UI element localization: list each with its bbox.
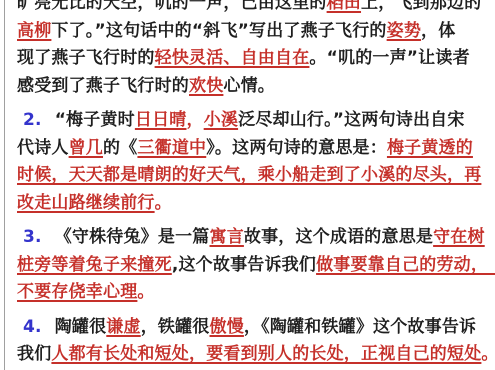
answer-text: 人都有长处和短处，要看到别人的长处，正视自己的短处 bbox=[51, 344, 481, 364]
answer-text: 桩旁等着兔子来撞死 bbox=[17, 255, 172, 275]
text-run: ,这个故事告诉我们 bbox=[172, 255, 316, 275]
answer-punctuation: 。 bbox=[137, 282, 154, 302]
question-number: 2. bbox=[23, 110, 42, 130]
text-run: ，铁罐很 bbox=[141, 317, 210, 337]
text-line: 不要存侥幸心理。 bbox=[17, 279, 487, 307]
text-line: 现了燕子飞行时的轻快灵活、自由自在。“叽的一声”让读者 bbox=[17, 45, 487, 73]
answer-punctuation: ， bbox=[186, 110, 203, 130]
text-run: 上，飞到那边的 bbox=[361, 0, 481, 13]
text-run: 代诗人 bbox=[17, 138, 69, 158]
answer-text: 高柳 bbox=[17, 21, 51, 41]
answer-text: 日日晴 bbox=[135, 110, 187, 130]
text-run: 感受到了燕子飞行时的 bbox=[17, 76, 189, 96]
text-run: 心情。 bbox=[223, 76, 275, 96]
text-run: 泛尽却山行。”这两句诗出自宋 bbox=[238, 110, 464, 130]
text-line: 桩旁等着兔子来撞死,这个故事告诉我们做事要靠自己的劳动， bbox=[17, 252, 487, 280]
answer-text: 时候，天天都是晴朗的好天气，乘小船走到了小溪的尽头，再 bbox=[17, 165, 481, 185]
answer-text: 小溪 bbox=[204, 110, 238, 130]
left-margin-line bbox=[4, 0, 5, 370]
paragraph-2-poem: 2.“梅子黄时日日晴，小溪泛尽却山行。”这两句诗出自宋代诗人曾几的《三衢道中》。… bbox=[17, 107, 487, 217]
question-number: 4. bbox=[23, 317, 42, 337]
text-line: 旷亮无比的天空，叽的一声，已由这里的稻田上，飞到那边的 bbox=[17, 0, 487, 18]
question-number: 3. bbox=[23, 227, 42, 247]
answer-text: 做事要靠自己的劳动， bbox=[316, 255, 495, 275]
text-run: 的《 bbox=[103, 138, 137, 158]
answer-text: 谦虚 bbox=[106, 317, 140, 337]
text-line: 2.“梅子黄时日日晴，小溪泛尽却山行。”这两句诗出自宋 bbox=[17, 107, 487, 135]
text-line: 我们人都有长处和短处，要看到别人的长处，正视自己的短处。 bbox=[17, 341, 487, 369]
text-line: 代诗人曾几的《三衢道中》。这两句诗的意思是：梅子黄透的 bbox=[17, 135, 487, 163]
text-line: 3.《守株待兔》是一篇寓言故事，这个成语的意思是守在树 bbox=[17, 224, 487, 252]
document-page: 旷亮无比的天空，叽的一声，已由这里的稻田上，飞到那边的高柳下了。”这句话中的“斜… bbox=[0, 0, 495, 370]
answer-text: 轻快灵活、自由自在 bbox=[155, 48, 310, 68]
paragraph-3-shouzhudaitu: 3.《守株待兔》是一篇寓言故事，这个成语的意思是守在树桩旁等着兔子来撞死,这个故… bbox=[17, 224, 487, 307]
text-run: 故事，这个成语的意思是 bbox=[244, 227, 433, 247]
text-run: 》。这两句诗的意思是： bbox=[206, 138, 387, 158]
text-run: “梅子黄时 bbox=[55, 110, 135, 130]
answer-punctuation: 。 bbox=[155, 193, 172, 213]
document-content: 旷亮无比的天空，叽的一声，已由这里的稻田上，飞到那边的高柳下了。”这句话中的“斜… bbox=[17, 0, 487, 370]
text-run: 我们 bbox=[17, 344, 51, 364]
paragraph-1-swallow: 旷亮无比的天空，叽的一声，已由这里的稻田上，飞到那边的高柳下了。”这句话中的“斜… bbox=[17, 0, 487, 100]
text-run: 现了燕子飞行时的 bbox=[17, 48, 155, 68]
answer-text: 三衢道中 bbox=[137, 138, 206, 158]
text-run: ，体 bbox=[421, 21, 455, 41]
text-line: 感受到了燕子飞行时的欢快心情。 bbox=[17, 73, 487, 101]
answer-text: 稻田 bbox=[327, 0, 361, 13]
text-run: 。“叽的一声”让读者 bbox=[309, 48, 469, 68]
answer-text: 梅子黄透的 bbox=[387, 138, 473, 158]
answer-text: 不要存侥幸心理 bbox=[17, 282, 137, 302]
answer-text: 曾几 bbox=[69, 138, 103, 158]
text-run: 陶罐很 bbox=[55, 317, 107, 337]
answer-punctuation: 。 bbox=[481, 344, 495, 364]
text-run: 《守株待兔》是一篇 bbox=[55, 227, 210, 247]
text-line: 高柳下了。”这句话中的“斜飞”写出了燕子飞行的姿势，体 bbox=[17, 18, 487, 46]
text-run: 下了。”这句话中的“斜飞”写出了燕子飞行的 bbox=[51, 21, 386, 41]
text-line: 时候，天天都是晴朗的好天气，乘小船走到了小溪的尽头，再 bbox=[17, 162, 487, 190]
text-run: ，《陶罐和铁罐》这个故事告诉 bbox=[244, 317, 476, 337]
text-line: 4.陶罐很谦虚，铁罐很傲慢，《陶罐和铁罐》这个故事告诉 bbox=[17, 314, 487, 342]
paragraph-4-taoguan: 4.陶罐很谦虚，铁罐很傲慢，《陶罐和铁罐》这个故事告诉我们人都有长处和短处，要看… bbox=[17, 314, 487, 369]
answer-text: 守在树 bbox=[433, 227, 485, 247]
answer-text: 欢快 bbox=[189, 76, 223, 96]
answer-text: 姿势 bbox=[387, 21, 421, 41]
text-line: 改走山路继续前行。 bbox=[17, 190, 487, 218]
answer-text: 寓言 bbox=[210, 227, 244, 247]
answer-text: 傲慢 bbox=[210, 317, 244, 337]
answer-text: 改走山路继续前行 bbox=[17, 193, 155, 213]
text-run: 旷亮无比的天空，叽的一声，已由这里的 bbox=[17, 0, 327, 13]
